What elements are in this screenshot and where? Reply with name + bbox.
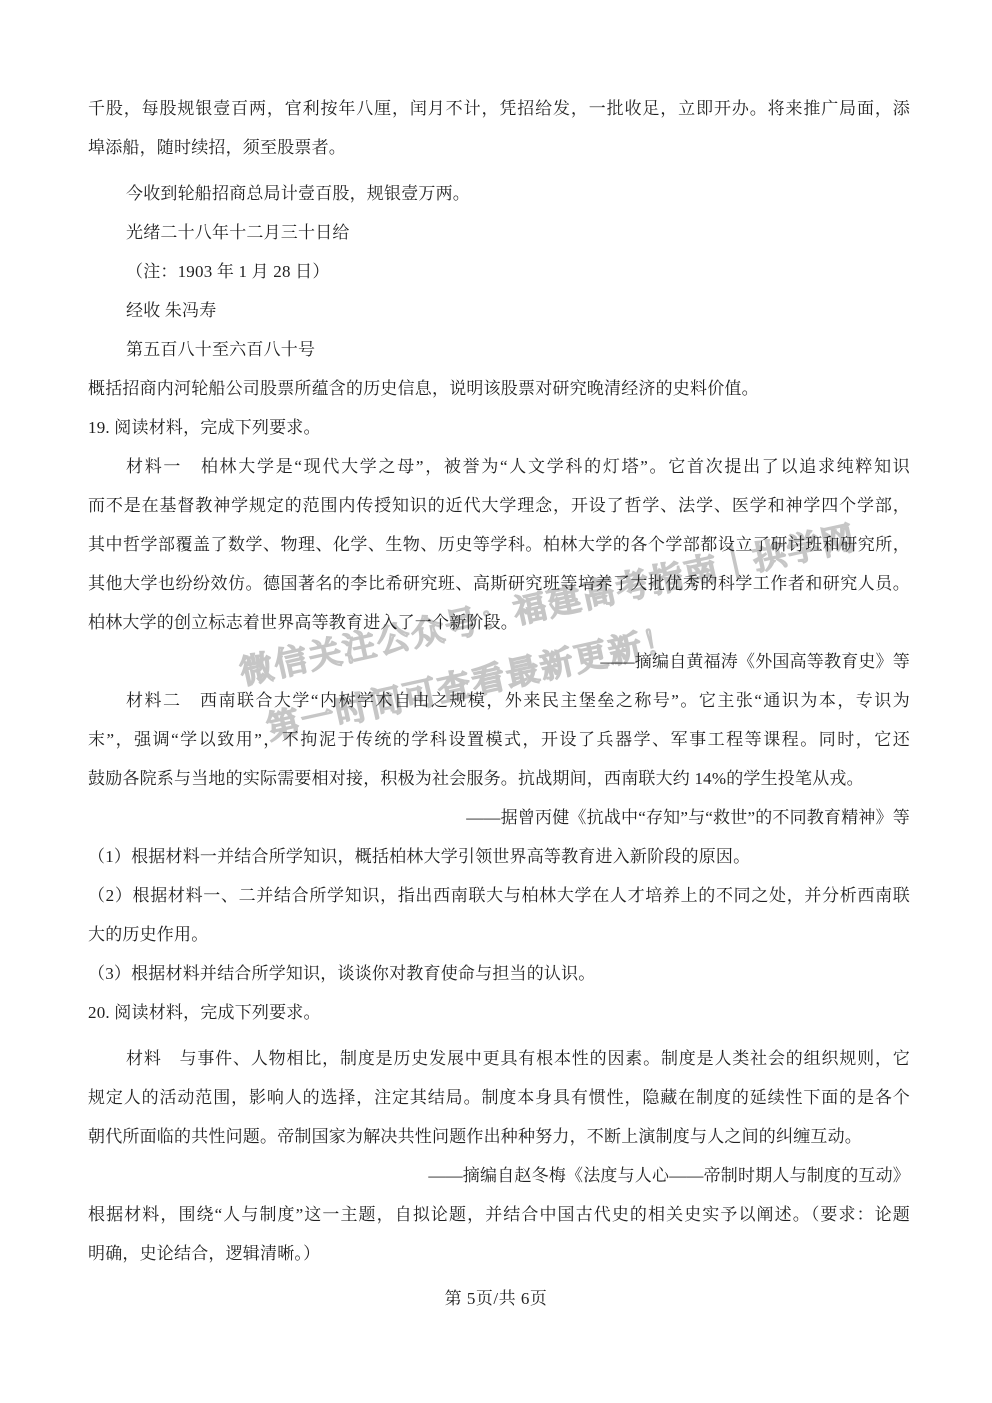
q20-heading: 20. 阅读材料，完成下列要求。 [88,993,910,1032]
q20-material-line: 规定人的活动范围，影响人的选择，注定其结局。制度本身具有惯性，隐藏在制度的延续性… [88,1078,910,1117]
exam-page: 微信关注公众号：福建高考指南｜拱学网 第一时间可查看最新更新！ 千股，每股规银壹… [0,0,992,1403]
stock-terms-line: 埠添船，随时续招，须至股票者。 [88,128,910,167]
q19-subquestion-1: （1）根据材料一并结合所学知识，概括柏林大学引领世界高等教育进入新阶段的原因。 [88,837,910,876]
q20-task-line: 根据材料，围绕“人与制度”这一主题，自拟论题，并结合中国古代史的相关史实予以阐述… [88,1195,910,1234]
q20-material-line: 材料 与事件、人物相比，制度是历史发展中更具有根本性的因素。制度是人类社会的组织… [88,1039,910,1078]
receipt-date-line: 光绪二十八年十二月三十日给 [88,213,910,252]
q19-material2-source: ——据曾丙健《抗战中“存知”与“救世”的不同教育精神》等 [88,798,910,837]
q20-material-line: 朝代所面临的共性问题。帝制国家为解决共性问题作出种种努力，不断上演制度与人之间的… [88,1117,910,1156]
q20-task-line-cont: 明确，史论结合，逻辑清晰。） [88,1234,910,1273]
receipt-amount-line: 今收到轮船招商总局计壹百股，规银壹万两。 [88,174,910,213]
receipt-date-note: （注：1903 年 1 月 28 日） [88,252,910,291]
q19-subquestion-3: （3）根据材料并结合所学知识，谈谈你对教育使命与担当的认识。 [88,954,910,993]
q19-material2-line: 鼓励各院系与当地的实际需要相对接，积极为社会服务。抗战期间，西南联大约 14%的… [88,759,910,798]
q19-material1-line: 其中哲学部覆盖了数学、物理、化学、生物、历史等学科。柏林大学的各个学部都设立了研… [88,525,910,564]
q18-task-line: 概括招商内河轮船公司股票所蕴含的历史信息，说明该股票对研究晚清经济的史料价值。 [88,369,910,408]
receipt-handler-line: 经收 朱冯寿 [88,291,910,330]
receipt-serial-line: 第五百八十至六百八十号 [88,330,910,369]
q19-material2-line: 材料二 西南联合大学“内树学术自由之规模，外来民主堡垒之称号”。它主张“通识为本… [88,681,910,720]
q20-material-source: ——摘编自赵冬梅《法度与人心——帝制时期人与制度的互动》 [88,1156,910,1195]
q19-subquestion-2-cont: 大的历史作用。 [88,915,910,954]
q19-material1-line: 材料一 柏林大学是“现代大学之母”，被誉为“人文学科的灯塔”。它首次提出了以追求… [88,447,910,486]
q19-subquestion-2: （2）根据材料一、二并结合所学知识，指出西南联大与柏林大学在人才培养上的不同之处… [88,876,910,915]
q19-material1-line: 其他大学也纷纷效仿。德国著名的李比希研究班、高斯研究班等培养了大批优秀的科学工作… [88,564,910,603]
exam-body: 千股，每股规银壹百两，官利按年八厘，闰月不计，凭招给发，一批收足，立即开办。将来… [0,0,992,1273]
page-number: 第 5页/共 6页 [0,1284,992,1309]
q19-material1-line: 柏林大学的创立标志着世界高等教育进入了一个新阶段。 [88,603,910,642]
q19-material2-line: 末”，强调“学以致用”，不拘泥于传统的学科设置模式，开设了兵器学、军事工程等课程… [88,720,910,759]
q19-material1-source: ——摘编自黄福涛《外国高等教育史》等 [88,642,910,681]
q19-heading: 19. 阅读材料，完成下列要求。 [88,408,910,447]
stock-terms-line: 千股，每股规银壹百两，官利按年八厘，闰月不计，凭招给发，一批收足，立即开办。将来… [88,89,910,128]
q19-material1-line: 而不是在基督教神学规定的范围内传授知识的近代大学理念，开设了哲学、法学、医学和神… [88,486,910,525]
